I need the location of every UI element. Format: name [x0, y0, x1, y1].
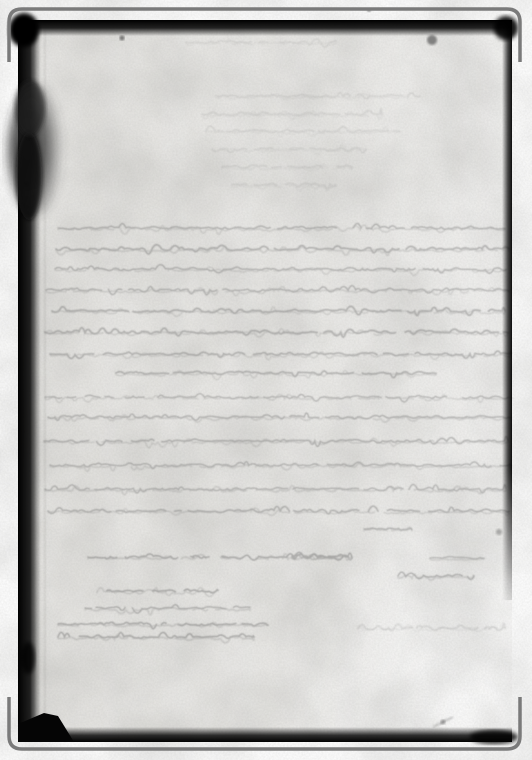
scan-right-edge	[502, 20, 512, 600]
scan-top-edge	[18, 20, 512, 36]
scan-corner-bottomright	[470, 730, 518, 744]
paper-grain-texture	[18, 20, 512, 742]
scan-bottom-edge	[18, 727, 512, 742]
ink-spot	[120, 36, 125, 41]
scan-image	[0, 0, 532, 760]
scan-viewer: Framed grayscale scan of an aged bound m…	[0, 0, 532, 760]
handwriting-line	[430, 559, 484, 560]
binding-blot	[21, 642, 35, 674]
ink-spot	[427, 35, 437, 45]
ink-spot	[496, 529, 502, 535]
scan-corner-topright	[494, 16, 518, 40]
scanned-manuscript-page	[8, 8, 518, 744]
